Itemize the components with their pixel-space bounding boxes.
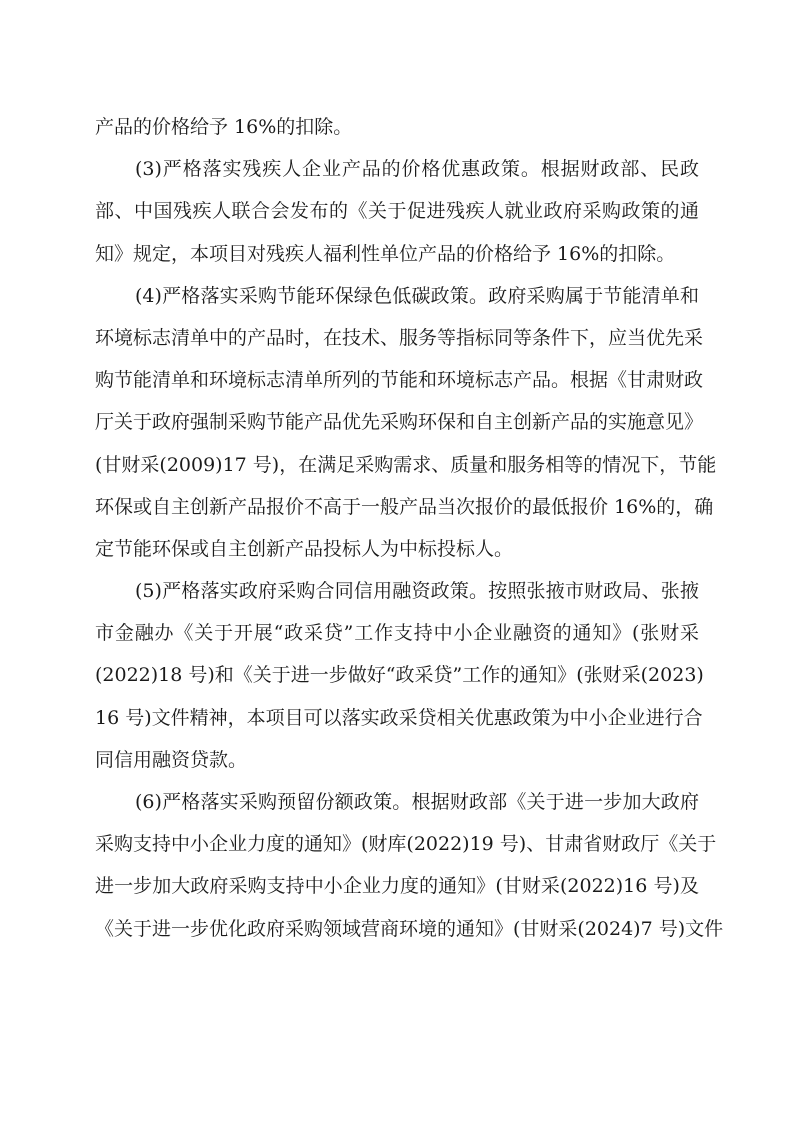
text-line: 《关于进一步优化政府采购领域营商环境的通知》(甘财采(2024)7 号)文件 — [95, 908, 699, 950]
paragraph-3-disabled-enterprise-policy: (3)严格落实残疾人企业产品的价格优惠政策。根据财政部、民政 部、中国残疾人联合… — [95, 148, 699, 275]
text-line: 购节能清单和环境标志清单所列的节能和环境标志产品。根据《甘肃财政 — [95, 359, 699, 401]
document-page: 产品的价格给予 16%的扣除。 (3)严格落实残疾人企业产品的价格优惠政策。根据… — [95, 106, 699, 950]
paragraph-4-energy-saving-policy: (4)严格落实采购节能环保绿色低碳政策。政府采购属于节能清单和 环境标志清单中的… — [95, 275, 699, 570]
text-line: 知》规定，本项目对残疾人福利性单位产品的价格给予 16%的扣除。 — [95, 233, 699, 275]
text-line: 采购支持中小企业力度的通知》(财库(2022)19 号)、甘肃省财政厅《关于 — [95, 823, 699, 865]
text-line: 产品的价格给予 16%的扣除。 — [95, 106, 699, 148]
text-line: 部、中国残疾人联合会发布的《关于促进残疾人就业政府采购政策的通 — [95, 190, 699, 232]
paragraph-6-reserved-share-policy: (6)严格落实采购预留份额政策。根据财政部《关于进一步加大政府 采购支持中小企业… — [95, 781, 699, 950]
text-line: 环境标志清单中的产品时，在技术、服务等指标同等条件下，应当优先采 — [95, 317, 699, 359]
text-line: (2022)18 号)和《关于进一步做好“政采贷”工作的通知》(张财采(2023… — [95, 654, 699, 696]
text-line: 定节能环保或自主创新产品投标人为中标投标人。 — [95, 528, 699, 570]
text-line: 16 号)文件精神，本项目可以落实政采贷相关优惠政策为中小企业进行合 — [95, 697, 699, 739]
text-line: (甘财采(2009)17 号)，在满足采购需求、质量和服务相等的情况下，节能 — [95, 444, 699, 486]
text-line: (3)严格落实残疾人企业产品的价格优惠政策。根据财政部、民政 — [95, 148, 699, 190]
text-line: 厅关于政府强制采购节能产品优先采购环保和自主创新产品的实施意见》 — [95, 401, 699, 443]
text-line: (6)严格落实采购预留份额政策。根据财政部《关于进一步加大政府 — [95, 781, 699, 823]
text-line: (4)严格落实采购节能环保绿色低碳政策。政府采购属于节能清单和 — [95, 275, 699, 317]
text-line: 环保或自主创新产品报价不高于一般产品当次报价的最低报价 16%的，确 — [95, 486, 699, 528]
text-line: 同信用融资贷款。 — [95, 739, 699, 781]
text-line: 市金融办《关于开展“政采贷”工作支持中小企业融资的通知》(张财采 — [95, 612, 699, 654]
paragraph-5-credit-financing-policy: (5)严格落实政府采购合同信用融资政策。按照张掖市财政局、张掖 市金融办《关于开… — [95, 570, 699, 781]
paragraph-continuation: 产品的价格给予 16%的扣除。 — [95, 106, 699, 148]
text-line: 进一步加大政府采购支持中小企业力度的通知》(甘财采(2022)16 号)及 — [95, 865, 699, 907]
text-line: (5)严格落实政府采购合同信用融资政策。按照张掖市财政局、张掖 — [95, 570, 699, 612]
